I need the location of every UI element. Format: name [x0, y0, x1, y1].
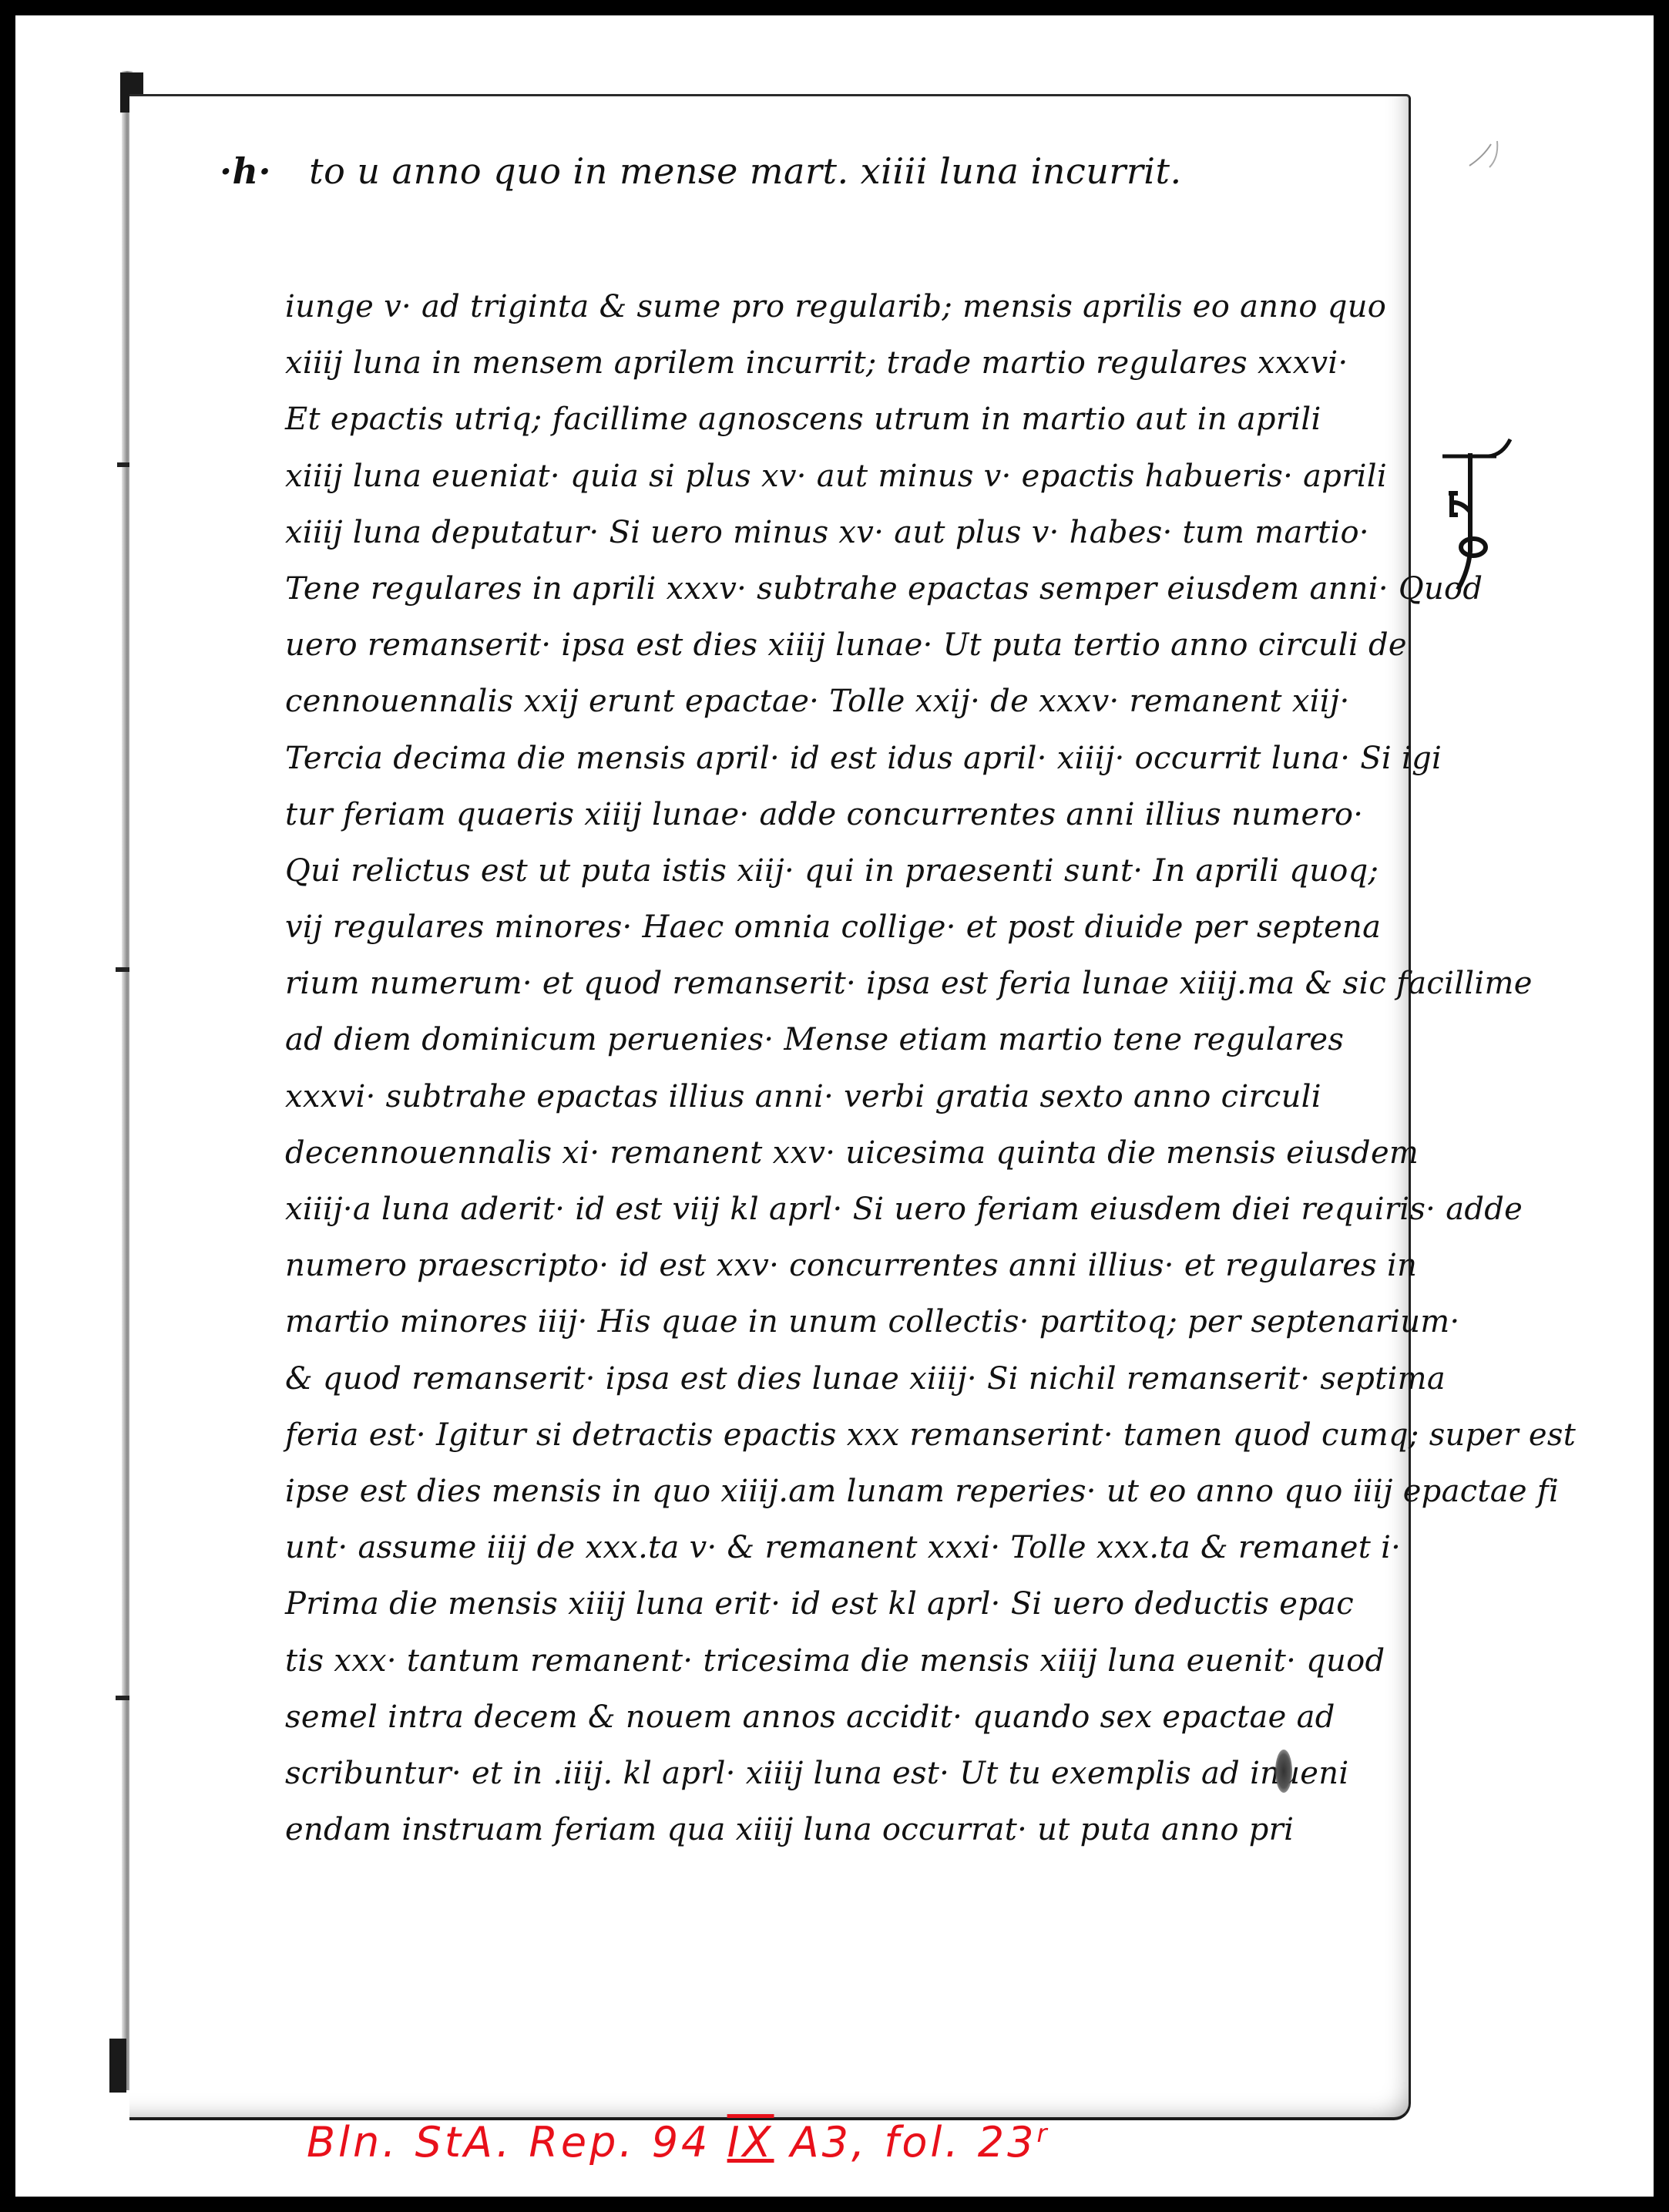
archive-shelfmark-annotation: Bln. StA. Rep. 94 IX A3, fol. 23r	[307, 2118, 1050, 2167]
shelfmark-repository: Rep. 94	[529, 2118, 710, 2167]
text-line: martio minores iiij· His quae in unum co…	[285, 1294, 1395, 1350]
text-line: scribuntur· et in .iiij. kl aprl· xiiij …	[285, 1746, 1395, 1802]
corner-pencil-mark	[1468, 135, 1514, 173]
text-line: cennouennalis xxij erunt epactae· Tolle …	[285, 674, 1395, 730]
shelfmark-library: Bln. StA.	[307, 2118, 512, 2167]
shelfmark-box: A3,	[791, 2118, 868, 2167]
text-line: xiiij·a luna aderit· id est viij kl aprl…	[285, 1182, 1395, 1238]
text-line: decennouennalis xi· remanent xxv· uicesi…	[285, 1125, 1395, 1182]
shelfmark-folio: fol. 23	[884, 2118, 1036, 2167]
text-line: tis xxx· tantum remanent· tricesima die …	[285, 1633, 1395, 1689]
text-line: Qui relictus est ut puta istis xiij· qui…	[285, 843, 1395, 899]
text-line: Tercia decima die mensis april· id est i…	[285, 731, 1395, 787]
heading-text: to u anno quo in mense mart. xiiii luna …	[309, 150, 1182, 192]
text-line: tur feriam quaeris xiiij lunae· adde con…	[285, 787, 1395, 843]
text-line: xiiij luna in mensem aprilem incurrit; t…	[285, 335, 1395, 392]
text-line: iunge v· ad triginta & sume pro regulari…	[285, 279, 1395, 335]
text-line: ad diem dominicum peruenies· Mense etiam…	[285, 1012, 1395, 1068]
shelfmark-side: r	[1036, 2119, 1049, 2148]
text-line: rium numerum· et quod remanserit· ipsa e…	[285, 956, 1395, 1012]
text-line: semel intra decem & nouem annos accidit·…	[285, 1689, 1395, 1746]
text-line: numero praescripto· id est xxv· concurre…	[285, 1238, 1395, 1294]
heading-line: ·h· to u anno quo in mense mart. xiiii l…	[220, 150, 1182, 192]
text-line: uero remanserit· ipsa est dies xiiij lun…	[285, 617, 1395, 674]
text-line: ipse est dies mensis in quo xiiij.am lun…	[285, 1464, 1395, 1520]
text-line: xiiij luna eueniat· quia si plus xv· aut…	[285, 449, 1395, 505]
text-line: xiiij luna deputatur· Si uero minus xv· …	[285, 505, 1395, 561]
text-line: unt· assume iiij de xxx.ta v· & remanent…	[285, 1520, 1395, 1576]
ink-stain	[1275, 1750, 1292, 1793]
rubric-mark: ·h·	[220, 150, 271, 192]
text-line: Tene regulares in aprili xxxv· subtrahe …	[285, 561, 1395, 617]
binding-bottom-tab	[109, 2039, 126, 2093]
shelfmark-section: IX	[727, 2118, 774, 2167]
text-line: Prima die mensis xiiij luna erit· id est…	[285, 1576, 1395, 1632]
text-line: feria est· Igitur si detractis epactis x…	[285, 1407, 1395, 1464]
main-text-block: iunge v· ad triginta & sume pro regulari…	[285, 279, 1395, 1858]
text-line: xxxvi· subtrahe epactas illius anni· ver…	[285, 1069, 1395, 1125]
text-line: endam instruam feriam qua xiiij luna occ…	[285, 1802, 1395, 1858]
text-line: & quod remanserit· ipsa est dies lunae x…	[285, 1351, 1395, 1407]
text-line: Et epactis utriq; facillime agnoscens ut…	[285, 392, 1395, 448]
margin-monogram-icon	[1435, 416, 1520, 593]
text-line: vij regulares minores· Haec omnia collig…	[285, 899, 1395, 956]
